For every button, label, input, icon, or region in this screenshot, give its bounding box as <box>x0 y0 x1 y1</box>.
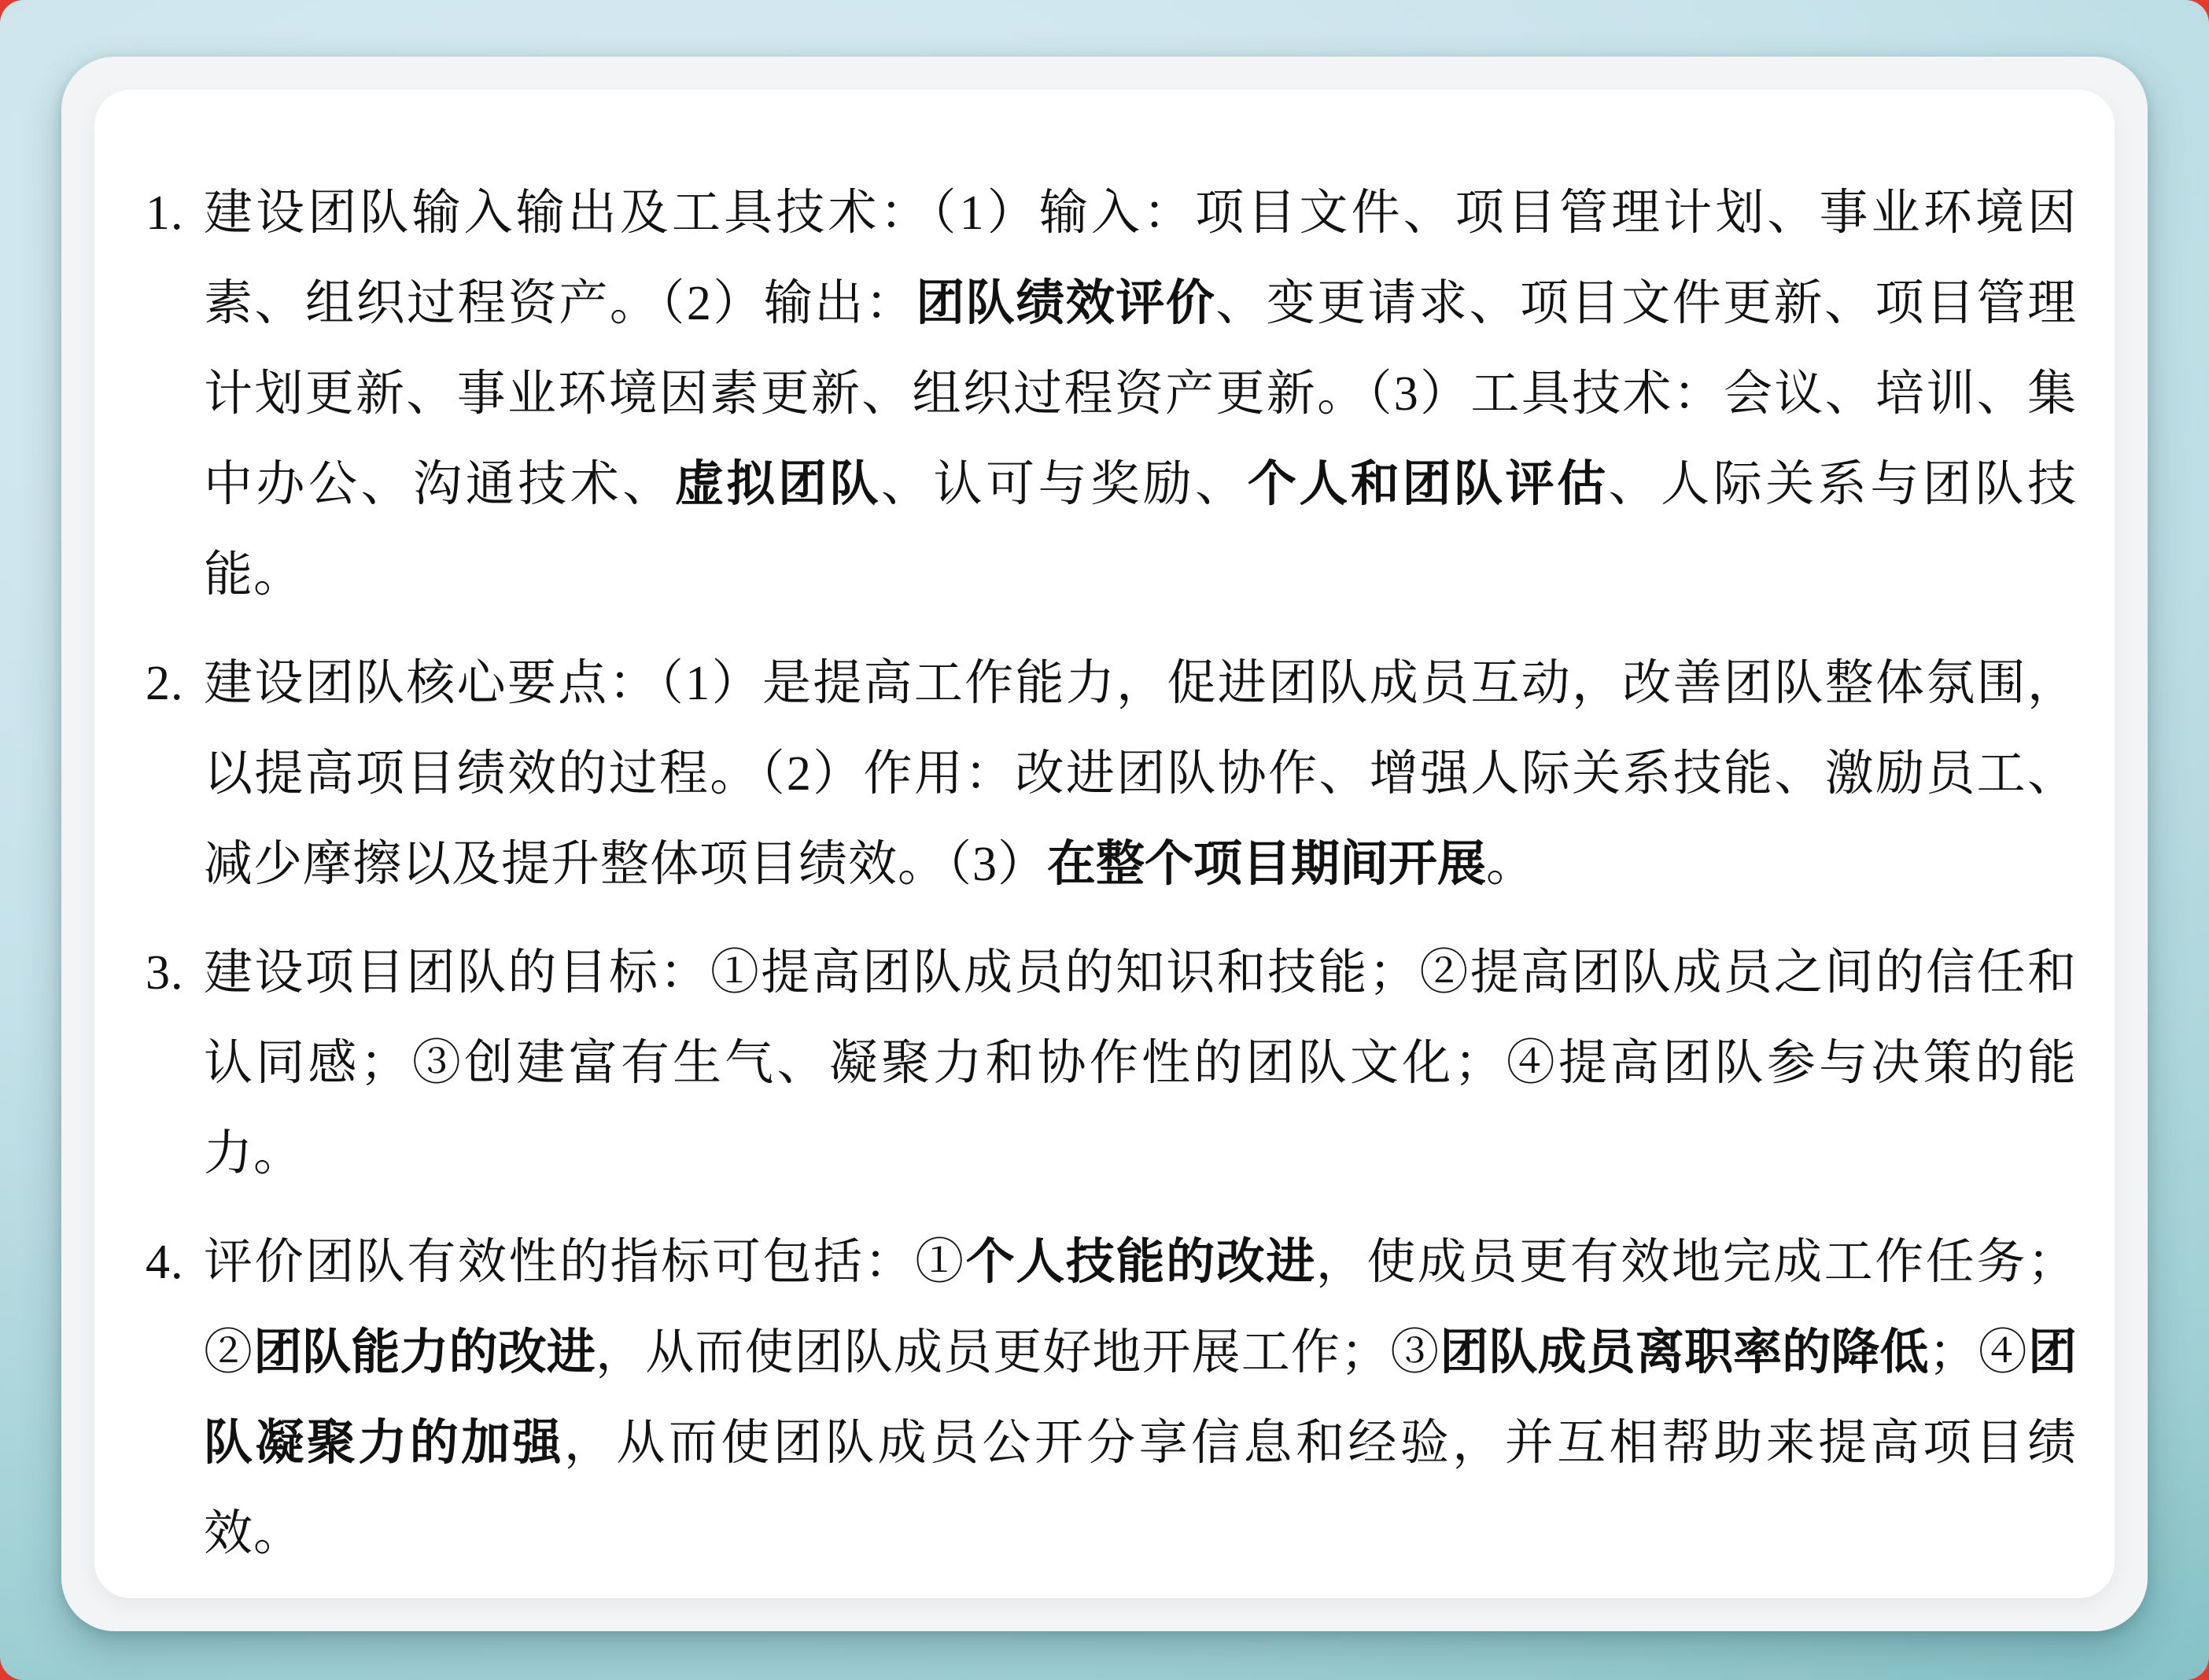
list-item: 2.建设团队核心要点：（1）是提高工作能力，促进团队成员互动，改善团队整体氛围，… <box>146 639 2077 910</box>
item-text: 建设团队核心要点：（1）是提高工作能力，促进团队成员互动，改善团队整体氛围，以提… <box>204 639 2077 910</box>
item-text-bold-segment: 团队成员离职率的降低 <box>1440 1326 1928 1380</box>
item-text-segment: 评价团队有效性的指标可包括：① <box>204 1236 966 1289</box>
item-text-bold-segment: 个人技能的改进 <box>966 1236 1316 1289</box>
item-number: 2. <box>146 639 204 729</box>
background-gradient: 1.建设团队输入输出及工具技术：（1）输入：项目文件、项目管理计划、事业环境因素… <box>0 0 2209 1680</box>
item-text-segment: 建设项目团队的目标：①提高团队成员的知识和技能；②提高团队成员之间的信任和认同感… <box>204 946 2077 1181</box>
item-text-segment: ，从而使团队成员更好地开展工作；③ <box>596 1326 1440 1380</box>
item-text-segment: 、认可与奖励、 <box>881 458 1248 511</box>
item-text-bold-segment: 个人和团队评估 <box>1248 458 1609 511</box>
list-item: 3.建设项目团队的目标：①提高团队成员的知识和技能；②提高团队成员之间的信任和认… <box>146 928 2077 1199</box>
item-text-bold-segment: 团队绩效评价 <box>916 277 1215 330</box>
item-number: 3. <box>146 928 204 1019</box>
screen: { "theme": { "background_teal": "#5ca9b0… <box>0 0 2209 1680</box>
item-number: 1. <box>146 168 204 259</box>
list-item: 1.建设团队输入输出及工具技术：（1）输入：项目文件、项目管理计划、事业环境因素… <box>146 168 2077 621</box>
note-card: 1.建设团队输入输出及工具技术：（1）输入：项目文件、项目管理计划、事业环境因素… <box>94 90 2115 1598</box>
item-text: 评价团队有效性的指标可包括：①个人技能的改进，使成员更有效地完成工作任务；②团队… <box>204 1218 2077 1579</box>
item-text-segment: 。 <box>1486 838 1536 891</box>
item-number: 4. <box>146 1218 204 1308</box>
note-card-outer: 1.建设团队输入输出及工具技术：（1）输入：项目文件、项目管理计划、事业环境因素… <box>61 57 2148 1631</box>
list-item: 4.评价团队有效性的指标可包括：①个人技能的改进，使成员更有效地完成工作任务；②… <box>146 1218 2077 1579</box>
item-text-bold-segment: 团队能力的改进 <box>253 1326 596 1380</box>
item-text: 建设项目团队的目标：①提高团队成员的知识和技能；②提高团队成员之间的信任和认同感… <box>204 928 2077 1199</box>
item-text-bold-segment: 虚拟团队 <box>675 458 881 511</box>
item-text: 建设团队输入输出及工具技术：（1）输入：项目文件、项目管理计划、事业环境因素、组… <box>204 168 2077 621</box>
item-text-segment: ；④ <box>1929 1326 2028 1380</box>
item-text-bold-segment: 在整个项目期间开展 <box>1047 838 1486 891</box>
notes-list: 1.建设团队输入输出及工具技术：（1）输入：项目文件、项目管理计划、事业环境因素… <box>146 168 2077 1579</box>
